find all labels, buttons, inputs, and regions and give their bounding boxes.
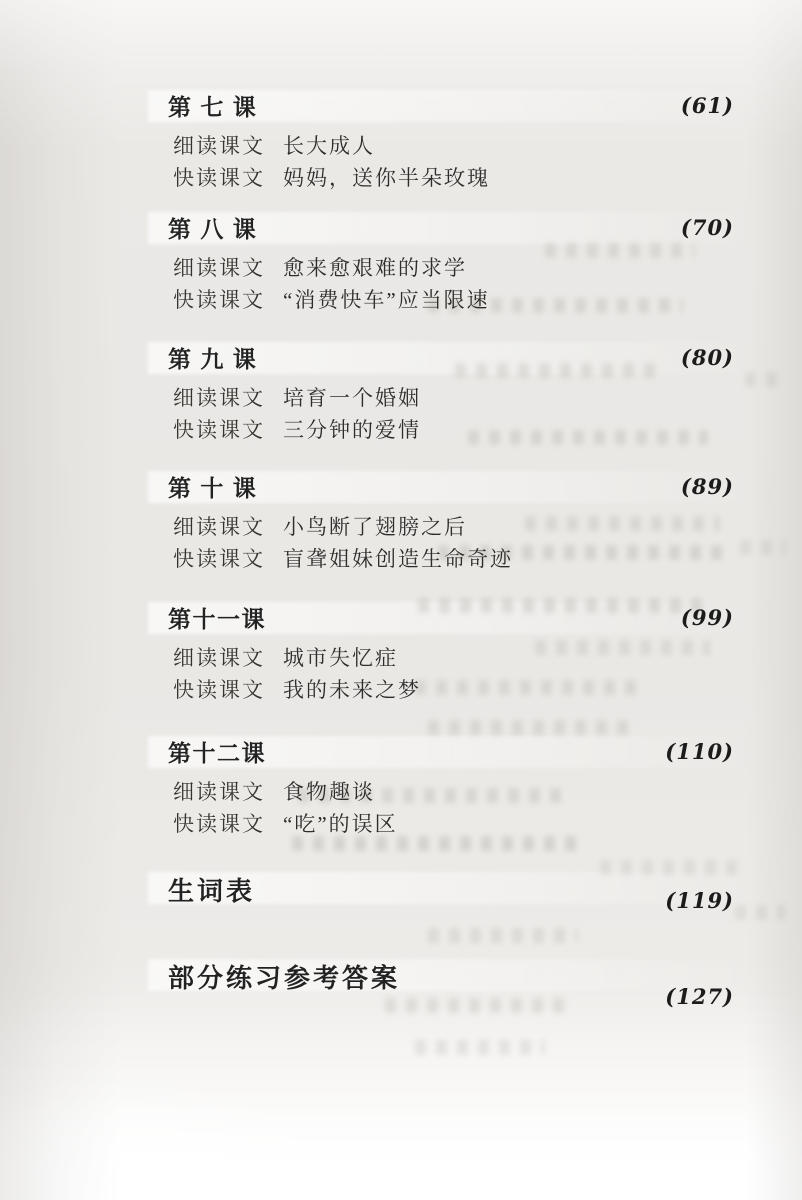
book-page-photo: 第 七 课 (61) 细读课文长大成人 快读课文妈妈，送你半朵玫瑰 第 八 课 … [0, 0, 802, 1200]
bleedthrough-mark [745, 372, 787, 387]
entry-title: “消费快车”应当限速 [283, 288, 490, 312]
entry-label: 快读课文 [173, 166, 265, 190]
bleedthrough-mark [428, 928, 578, 943]
entry-label: 细读课文 [173, 780, 265, 804]
toc-section-lesson-12: 第十二课 (110) 细读课文食物趣谈 快读课文“吃”的误区 [168, 740, 734, 835]
bleedthrough-mark [292, 836, 577, 851]
reading-entry: 细读课文小鸟断了翅膀之后 [168, 516, 734, 538]
toc-section-lesson-7: 第 七 课 (61) 细读课文长大成人 快读课文妈妈，送你半朵玫瑰 [168, 94, 734, 189]
page-number: (99) [681, 606, 734, 630]
reading-entry: 快读课文“吃”的误区 [168, 813, 734, 835]
toc-section-lesson-11: 第十一课 (99) 细读课文城市失忆症 快读课文我的未来之梦 [168, 606, 734, 701]
toc-section-vocabulary: 生词表 (119) [168, 876, 734, 913]
reading-entry: 快读课文盲聋姐妹创造生命奇迹 [168, 548, 734, 570]
entry-title: 妈妈，送你半朵玫瑰 [283, 166, 490, 190]
entry-label: 细读课文 [173, 646, 265, 670]
page-number: (110) [665, 740, 734, 764]
reading-entry: 细读课文愈来愈艰难的求学 [168, 257, 734, 279]
entry-label: 快读课文 [173, 418, 265, 442]
reading-entry: 细读课文城市失忆症 [168, 647, 734, 669]
reading-entry: 快读课文我的未来之梦 [168, 679, 734, 701]
bleedthrough-mark [545, 243, 695, 258]
lesson-heading: 第 七 课 [168, 94, 257, 120]
reading-entry: 细读课文培育一个婚姻 [168, 387, 734, 409]
entry-title: 我的未来之梦 [283, 678, 421, 702]
reading-entry: 快读课文三分钟的爱情 [168, 419, 734, 441]
lesson-heading: 第 九 课 [168, 346, 257, 372]
entry-label: 细读课文 [173, 515, 265, 539]
page-number: (70) [681, 216, 734, 240]
reading-entry: 快读课文“消费快车”应当限速 [168, 289, 734, 311]
lesson-heading: 第十二课 [168, 740, 266, 766]
toc-section-lesson-9: 第 九 课 (80) 细读课文培育一个婚姻 快读课文三分钟的爱情 [168, 346, 734, 441]
entry-label: 细读课文 [173, 256, 265, 280]
entry-title: “吃”的误区 [283, 812, 398, 836]
reading-entry: 细读课文长大成人 [168, 135, 734, 157]
reading-entry: 快读课文妈妈，送你半朵玫瑰 [168, 167, 734, 189]
toc-section-lesson-10: 第 十 课 (89) 细读课文小鸟断了翅膀之后 快读课文盲聋姐妹创造生命奇迹 [168, 475, 734, 570]
lesson-heading: 第十一课 [168, 606, 266, 632]
page-number: (61) [681, 94, 734, 118]
entry-title: 长大成人 [283, 134, 375, 158]
entry-label: 快读课文 [173, 547, 265, 571]
toc-section-answer-key: 部分练习参考答案 (127) [168, 963, 734, 1009]
entry-label: 细读课文 [173, 134, 265, 158]
page-number: (89) [681, 475, 734, 499]
page-number: (80) [681, 346, 734, 370]
lesson-heading: 第 八 课 [168, 216, 257, 242]
bleedthrough-mark [600, 860, 740, 875]
entry-title: 城市失忆症 [283, 646, 398, 670]
back-matter-heading: 部分练习参考答案 [168, 963, 400, 993]
entry-label: 细读课文 [173, 386, 265, 410]
bleedthrough-mark [428, 720, 638, 735]
entry-title: 小鸟断了翅膀之后 [283, 515, 467, 539]
entry-title: 食物趣谈 [283, 780, 375, 804]
page-number: (119) [665, 889, 734, 913]
toc-section-lesson-8: 第 八 课 (70) 细读课文愈来愈艰难的求学 快读课文“消费快车”应当限速 [168, 216, 734, 311]
back-matter-heading: 生词表 [168, 876, 255, 906]
page-number: (127) [665, 985, 734, 1009]
bleedthrough-mark [740, 540, 786, 555]
bleedthrough-mark [415, 1040, 545, 1055]
entry-title: 愈来愈艰难的求学 [283, 256, 467, 280]
lesson-heading: 第 十 课 [168, 475, 257, 501]
entry-label: 快读课文 [173, 678, 265, 702]
entry-label: 快读课文 [173, 812, 265, 836]
bleedthrough-mark [735, 905, 785, 920]
entry-label: 快读课文 [173, 288, 265, 312]
entry-title: 三分钟的爱情 [283, 418, 421, 442]
entry-title: 培育一个婚姻 [283, 386, 421, 410]
entry-title: 盲聋姐妹创造生命奇迹 [283, 547, 513, 571]
reading-entry: 细读课文食物趣谈 [168, 781, 734, 803]
